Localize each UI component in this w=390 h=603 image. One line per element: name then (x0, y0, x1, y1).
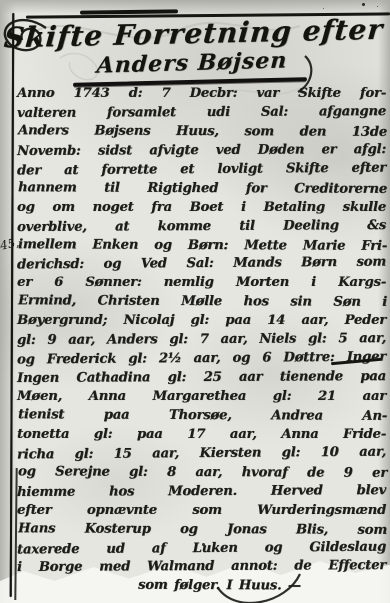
manuscript-line: efter opnævnte som Wurderingsmænd (17, 502, 386, 521)
manuscript-line: der at forrette et lovligt Skifte efter (17, 159, 386, 181)
manuscript-line: Hans Kosterup og Jonas Blis, som (18, 520, 387, 541)
manuscript-line: derichsd: og Ved Sal: Mands Børn som (17, 254, 386, 276)
manuscript-line: i Borge med Walmand annot: de Effecter (17, 557, 386, 578)
manuscript-line: er 6 Sønner: nemlig Morten i Kargs- (17, 274, 386, 293)
manuscript-closing-line: som følger. I Huus. — (18, 577, 387, 598)
manuscript-line: Anders Bøjsens Huus, som den 13de (18, 122, 387, 143)
document-subject-name: Anders Bøjsen (71, 46, 313, 81)
manuscript-line: overblive, at komme til Deeling &s (17, 217, 386, 238)
manuscript-line: tienist paa Thorsøe, Andrea An- (18, 406, 387, 427)
manuscript-line: Ingen Cathadina gl: 25 aar tienende paa (17, 368, 386, 389)
manuscript-line: og Serejne gl: 8 aar, hvoraf de 9 er (18, 463, 387, 484)
manuscript-line: Bøyergrund; Nicolaj gl: paa 14 aar, Pede… (17, 312, 386, 331)
manuscript-line: Møen, Anna Margarethea gl: 21 aar (17, 388, 386, 407)
manuscript-line: tonetta gl: paa 17 aar, Anna Fride- (17, 426, 386, 445)
manuscript-line: hannem til Rigtighed for Creditorerne (18, 179, 387, 200)
margin-rule-line (10, 13, 15, 597)
manuscript-line: og Frederick gl: 2½ aar, og 6 Døttre: In… (17, 349, 386, 371)
manuscript-line: valteren forsamlet udi Sal: afgangne (17, 103, 386, 124)
manuscript-line: Novemb: sidst afvigte ved Døden er afgl: (17, 141, 386, 162)
manuscript-body: Anno 1743 d: 7 Decbr: var Skifte for- va… (17, 85, 386, 596)
ink-specks (362, 3, 365, 6)
manuscript-line: og om noget fra Boet i Betaling skulle (17, 199, 386, 218)
manuscript-line: gl: 9 aar, Anders gl: 7 aar, Niels gl: 5… (17, 330, 386, 351)
manuscript-page: Skifte Forretning efter Anders Bøjsen 45… (0, 0, 390, 603)
manuscript-line: Ermind, Christen Mølle hos sin Søn i (18, 293, 387, 314)
manuscript-line: richa gl: 15 aar, Kiersten gl: 10 aar, (17, 443, 386, 465)
manuscript-line: hiemme hos Moderen. Herved blev (17, 482, 386, 503)
manuscript-line: Anno 1743 d: 7 Decbr: var Skifte for- (17, 85, 386, 104)
